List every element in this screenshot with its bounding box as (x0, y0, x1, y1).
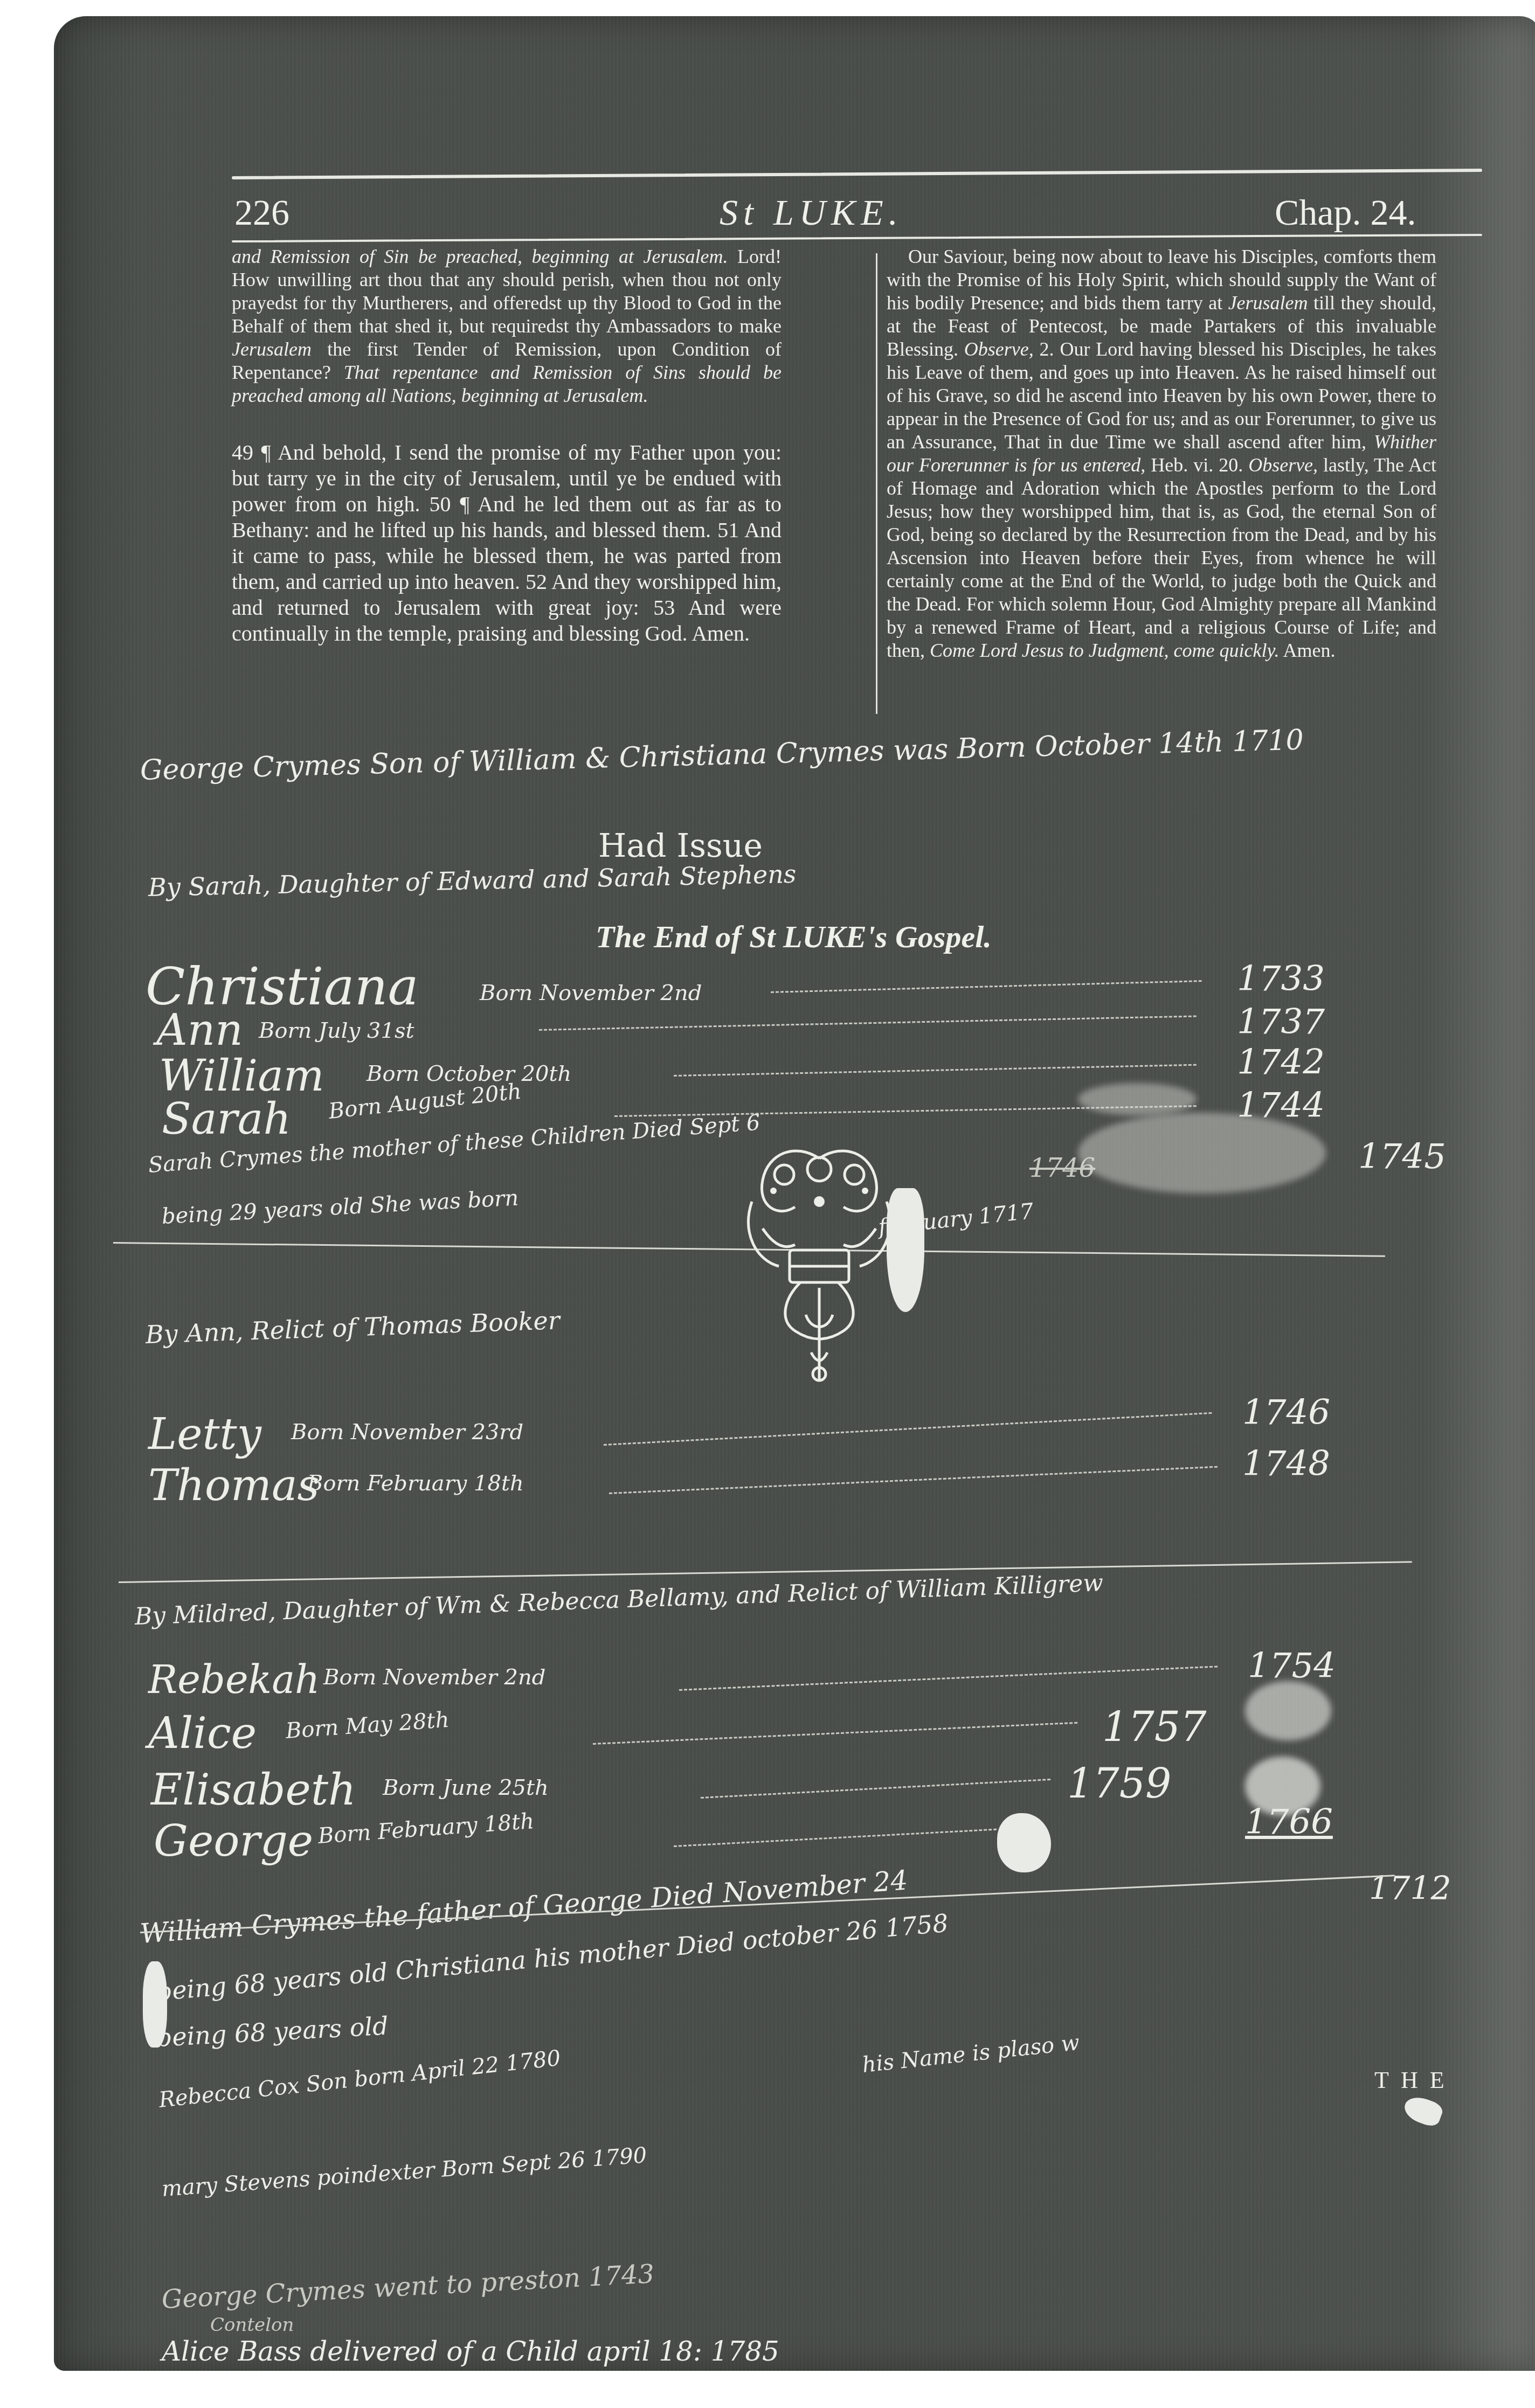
child-year: 1757 (1102, 1703, 1206, 1751)
child-birthdate: Born October 20th (367, 1061, 571, 1086)
top-rule (232, 169, 1482, 179)
chapter-label: Chap. 24. (1275, 191, 1416, 234)
child-name: George (154, 1816, 313, 1866)
book-title: St LUKE. (720, 191, 903, 234)
commentary-span: Amen. (1280, 640, 1336, 661)
head-rule (232, 234, 1482, 242)
child-year: 1759 (1067, 1759, 1171, 1807)
commentary-span: Jerusalem (1228, 292, 1308, 314)
child-year: 1742 (1237, 1043, 1325, 1082)
leader-line (674, 1829, 997, 1848)
later-note: Rebecca Cox Son born April 22 1780 (158, 2046, 562, 2113)
child-birthdate: Born May 28th (285, 1708, 450, 1744)
leader-line (679, 1666, 1218, 1692)
child-year: 1746 (1242, 1393, 1330, 1433)
child-name: Elisabeth (151, 1765, 356, 1815)
later-note: mary Stevens poindexter Born Sept 26 179… (161, 2143, 647, 2202)
child-year: 1754 (1248, 1646, 1336, 1686)
child-year: 1748 (1242, 1444, 1330, 1484)
head-entry: George Crymes Son of William & Christian… (140, 724, 1304, 787)
commentary-continued: and Remission of Sin be preached, beginn… (232, 245, 782, 407)
child-birthdate: Born June 25th (383, 1775, 549, 1800)
section-divider (119, 1561, 1412, 1583)
paper-damage-blot (887, 1188, 924, 1312)
leader-line (674, 1064, 1197, 1078)
scripture-verses: 49 ¶ And behold, I send the promise of m… (232, 440, 782, 647)
child-birthdate: Born November 2nd (480, 981, 702, 1005)
right-column: Our Saviour, being now about to leave hi… (887, 245, 1436, 684)
end-of-gospel: The End of St LUKE's Gospel. (596, 919, 992, 955)
later-note-aside: his Name is plaso w (861, 2030, 1081, 2078)
leader-line (701, 1779, 1050, 1800)
child-birthdate: Born February 18th (307, 1471, 524, 1496)
child-name: Alice (148, 1708, 257, 1758)
had-issue-heading: Had Issue (598, 827, 763, 865)
marriage-1-heading: By Sarah, Daughter of Edward and Sarah S… (148, 859, 797, 902)
leader-line (593, 1722, 1077, 1746)
erasure-smudge (1245, 1681, 1331, 1740)
leader-line (771, 980, 1202, 994)
child-name: Rebekah (148, 1657, 320, 1702)
commentary-span: Come Lord Jesus to Judgment, come quickl… (930, 640, 1280, 661)
commentary-span: Heb. vi. 20. (1145, 454, 1248, 476)
catchword: THE (1374, 2066, 1456, 2094)
commentary-span: and Remission of Sin be preached, beginn… (232, 246, 728, 267)
commentary-span: Observe, (1248, 454, 1318, 476)
erasure-smudge (1078, 1083, 1197, 1115)
page-number: 226 (234, 191, 289, 234)
mother-note-line-2: being 29 years old She was born (161, 1185, 519, 1229)
child-name: Sarah (162, 1094, 291, 1144)
closing-commentary: Our Saviour, being now about to leave hi… (887, 245, 1436, 662)
child-birthdate: Born July 31st (259, 1018, 414, 1043)
mother-death-year: 1745 (1358, 1137, 1446, 1177)
paper-damage-blot (143, 1961, 167, 2048)
commentary-span: lastly, The Act of Homage and Adoration … (887, 454, 1436, 661)
commentary-span: Observe, (964, 338, 1034, 360)
left-column: and Remission of Sin be preached, beginn… (232, 245, 782, 668)
child-birthdate: Born November 2nd (323, 1665, 545, 1690)
child-name: Letty (148, 1409, 261, 1459)
child-name: Thomas (148, 1460, 320, 1510)
later-note-superscript: Contelon (210, 2314, 294, 2336)
later-note: Alice Bass delivered of a Child april 18… (162, 2336, 779, 2367)
paper-damage-blot (1401, 2093, 1444, 2128)
erasure-smudge (1245, 1757, 1320, 1816)
column-separator (876, 253, 877, 714)
child-name: Ann (156, 1005, 243, 1055)
later-note: being 68 years old (156, 2011, 389, 2052)
leader-line (604, 1412, 1212, 1447)
bible-page: 226 St LUKE. Chap. 24. and Remission of … (54, 16, 1535, 2371)
commentary-span: Jerusalem (232, 338, 312, 360)
child-birthdate: Born February 18th (317, 1809, 535, 1849)
leader-line (539, 1015, 1197, 1032)
marriage-2-heading: By Ann, Relict of Thomas Booker (145, 1306, 561, 1349)
erasure-smudge (1078, 1113, 1326, 1193)
child-birthdate: Born November 23rd (291, 1420, 523, 1445)
child-year: 1733 (1237, 959, 1325, 999)
paper-damage-blot (997, 1813, 1051, 1872)
later-note: George Crymes went to preston 1743 (161, 2259, 655, 2315)
child-year: 1737 (1237, 1002, 1325, 1042)
floral-tailpiece-ornament (730, 1137, 908, 1390)
leader-line (609, 1466, 1218, 1495)
